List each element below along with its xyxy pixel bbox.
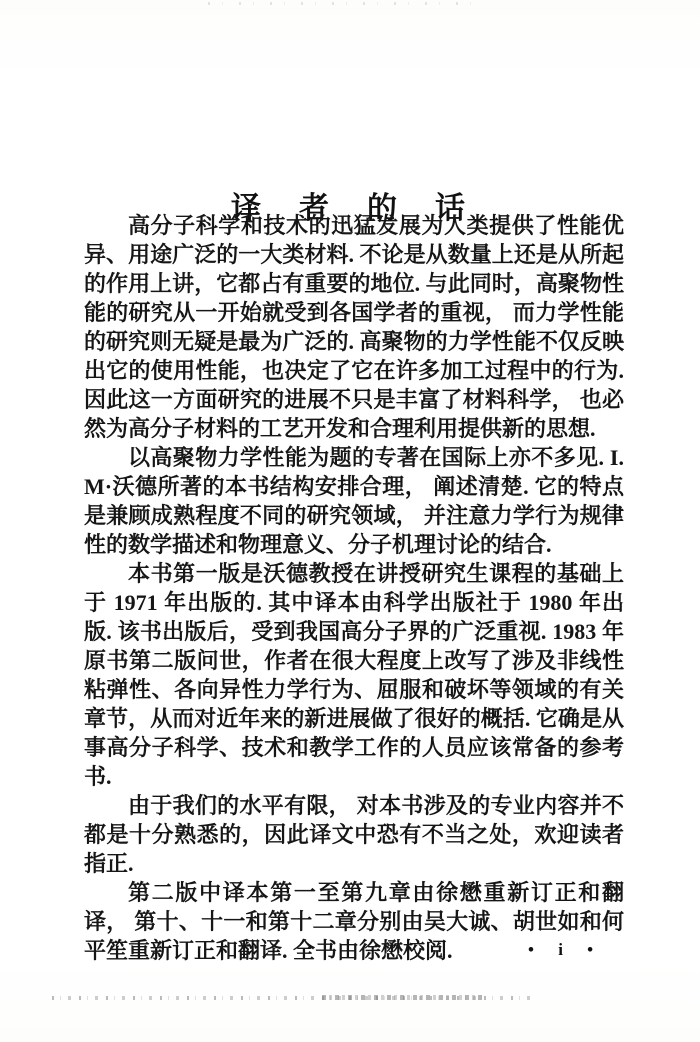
preface-body: 高分子科学和技术的迅猛发展为人类提供了性能优异、用途广泛的一大类材料. 不论是从…: [84, 211, 624, 965]
paragraph-1: 高分子科学和技术的迅猛发展为人类提供了性能优异、用途广泛的一大类材料. 不论是从…: [84, 211, 624, 443]
scanned-book-page: 译 者 的 话 高分子科学和技术的迅猛发展为人类提供了性能优异、用途广泛的一大类…: [0, 0, 700, 1042]
paragraph-2: 以高聚物力学性能为题的专著在国际上亦不多见. I. M·沃德所著的本书结构安排合…: [84, 443, 624, 559]
paragraph-3: 本书第一版是沃德教授在讲授研究生课程的基础上于 1971 年出版的. 其中译本由…: [84, 559, 624, 791]
scan-artifact-bottom: [52, 996, 532, 1000]
scan-artifact-top: [208, 2, 478, 5]
page-number: • i •: [528, 940, 603, 960]
paragraph-4: 由于我们的水平有限， 对本书涉及的专业内容并不都是十分熟悉的，因此译文中恐有不当…: [84, 791, 624, 878]
